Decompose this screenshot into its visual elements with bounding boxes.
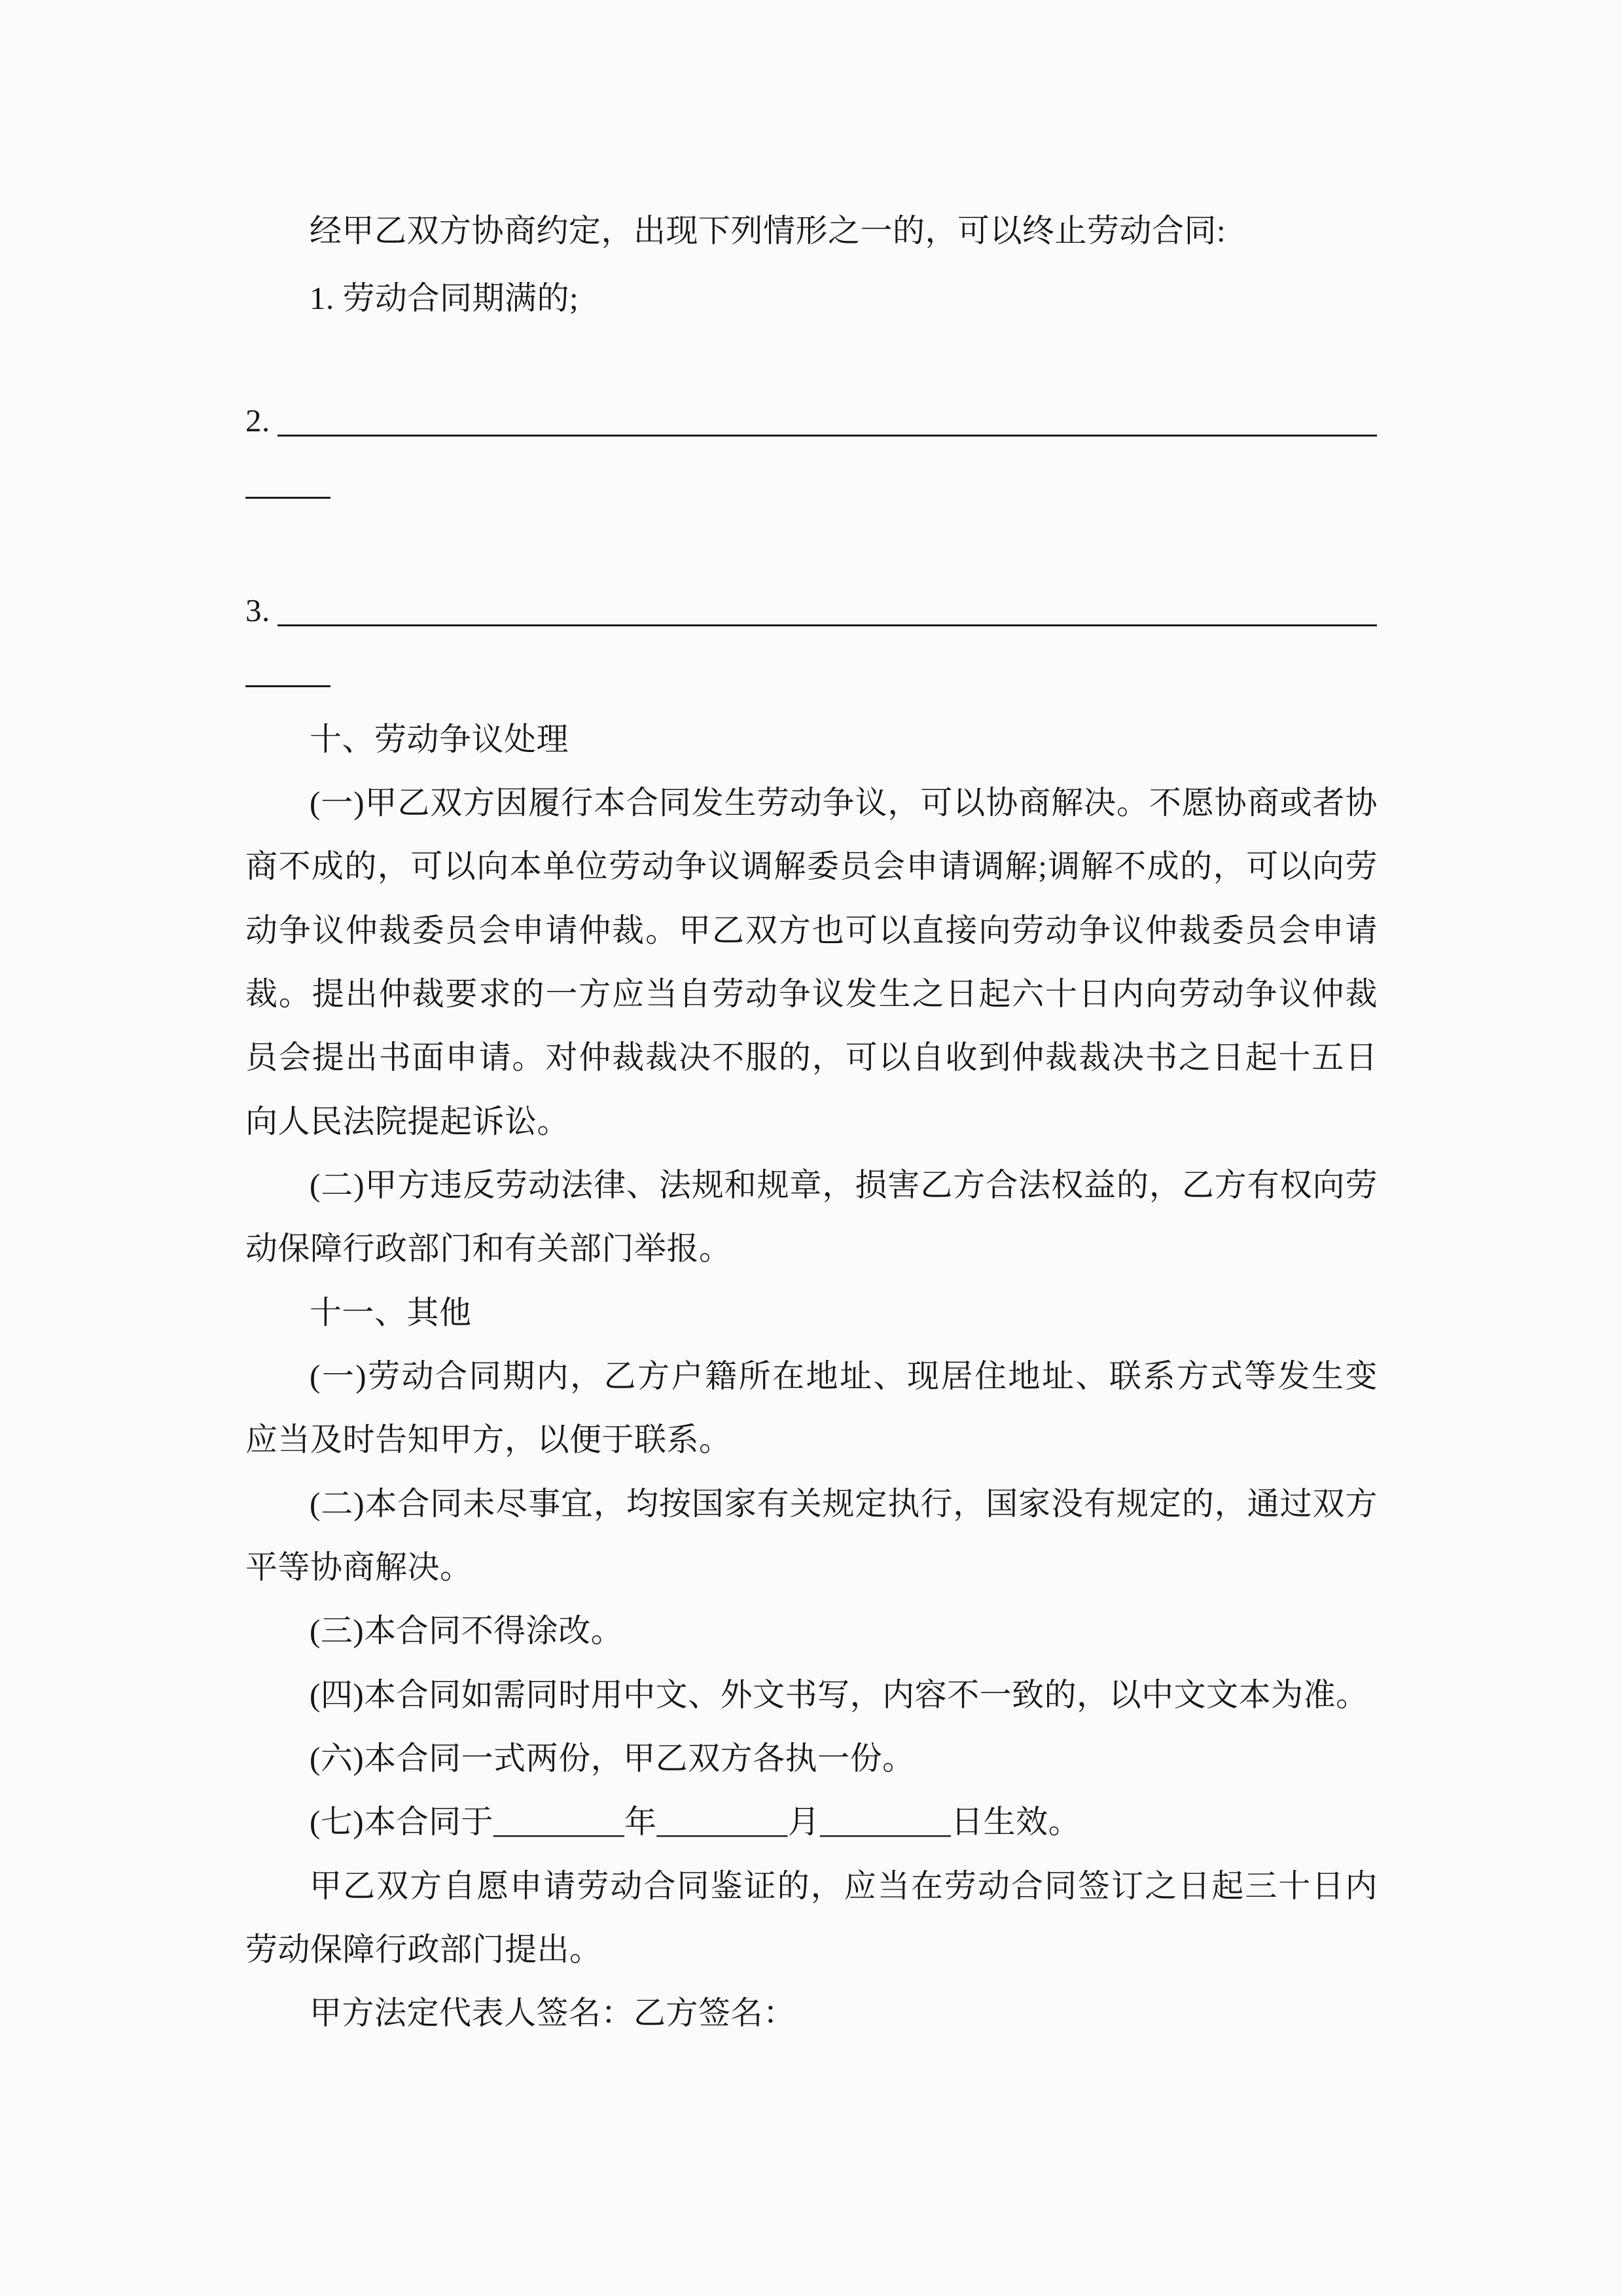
section-11-para-3: (三)本合同不得涂改。 bbox=[310, 1613, 623, 1649]
termination-item-1: 1. 劳动合同期满的; bbox=[310, 280, 579, 317]
section-11-para-1-line-2: 应当及时告知甲方，以便于联系。 bbox=[245, 1422, 732, 1458]
section-11-heading: 十一、其他 bbox=[310, 1295, 472, 1331]
section-11-para-7-effective-date: (七)本合同于________年________月________日生效。 bbox=[310, 1804, 1080, 1840]
signature-labels-line: 甲方法定代表人签名：乙方签名： bbox=[310, 1995, 796, 2032]
section-11-para-6: (六)本合同一式两份，甲乙双方各执一份。 bbox=[310, 1740, 915, 1777]
section-10-para-2-line-1: (二)甲方违反劳动法律、法规和规章，损害乙方合法权益的，乙方有权向劳 bbox=[310, 1167, 1378, 1205]
section-11-para-4: (四)本合同如需同时用中文、外文书写，内容不一致的，以中文文本为准。 bbox=[310, 1677, 1368, 1713]
termination-intro-line: 经甲乙双方协商约定，出现下列情形之一的，可以终止劳动合同: bbox=[310, 213, 1226, 249]
section-10-para-1-line-6: 向人民法院提起诉讼。 bbox=[245, 1103, 569, 1140]
section-11-para-1-line-1: (一)劳动合同期内，乙方户籍所在地址、现居住地址、联系方式等发生变化， bbox=[310, 1358, 1378, 1396]
section-10-heading: 十、劳动争议处理 bbox=[310, 721, 569, 758]
contract-document-page: 经甲乙双方协商约定，出现下列情形之一的，可以终止劳动合同: 1. 劳动合同期满的… bbox=[0, 0, 1623, 2296]
section-11-para-2-line-2: 平等协商解决。 bbox=[245, 1549, 473, 1586]
section-10-para-1-line-5: 员会提出书面申请。对仲裁裁决不服的，可以自收到仲裁裁决书之日起十五日内 bbox=[245, 1039, 1378, 1077]
section-10-para-2-line-2: 动保障行政部门和有关部门举报。 bbox=[245, 1230, 732, 1267]
blank-item-2-number: 2. bbox=[245, 403, 270, 439]
blank-item-3-rule-short bbox=[245, 685, 330, 687]
attestation-line-2: 劳动保障行政部门提出。 bbox=[245, 1931, 602, 1968]
attestation-line-1: 甲乙双方自愿申请劳动合同鉴证的，应当在劳动合同签订之日起三十日内向 bbox=[310, 1868, 1378, 1906]
blank-item-2-rule-short bbox=[245, 497, 330, 499]
blank-item-2-rule-long bbox=[277, 435, 1377, 437]
blank-item-3-number: 3. bbox=[245, 592, 270, 629]
section-10-para-1-line-2: 商不成的，可以向本单位劳动争议调解委员会申请调解;调解不成的，可以向劳 bbox=[245, 848, 1378, 886]
section-10-para-1-line-3: 动争议仲裁委员会申请仲裁。甲乙双方也可以直接向劳动争议仲裁委员会申请仲 bbox=[245, 912, 1378, 950]
section-11-para-2-line-1: (二)本合同未尽事宜，均按国家有关规定执行，国家没有规定的，通过双方 bbox=[310, 1486, 1378, 1524]
section-10-para-1-line-1: (一)甲乙双方因履行本合同发生劳动争议，可以协商解决。不愿协商或者协 bbox=[310, 785, 1378, 823]
blank-item-3-rule-long bbox=[277, 624, 1377, 626]
section-10-para-1-line-4: 裁。提出仲裁要求的一方应当自劳动争议发生之日起六十日内向劳动争议仲裁委 bbox=[245, 976, 1378, 1014]
